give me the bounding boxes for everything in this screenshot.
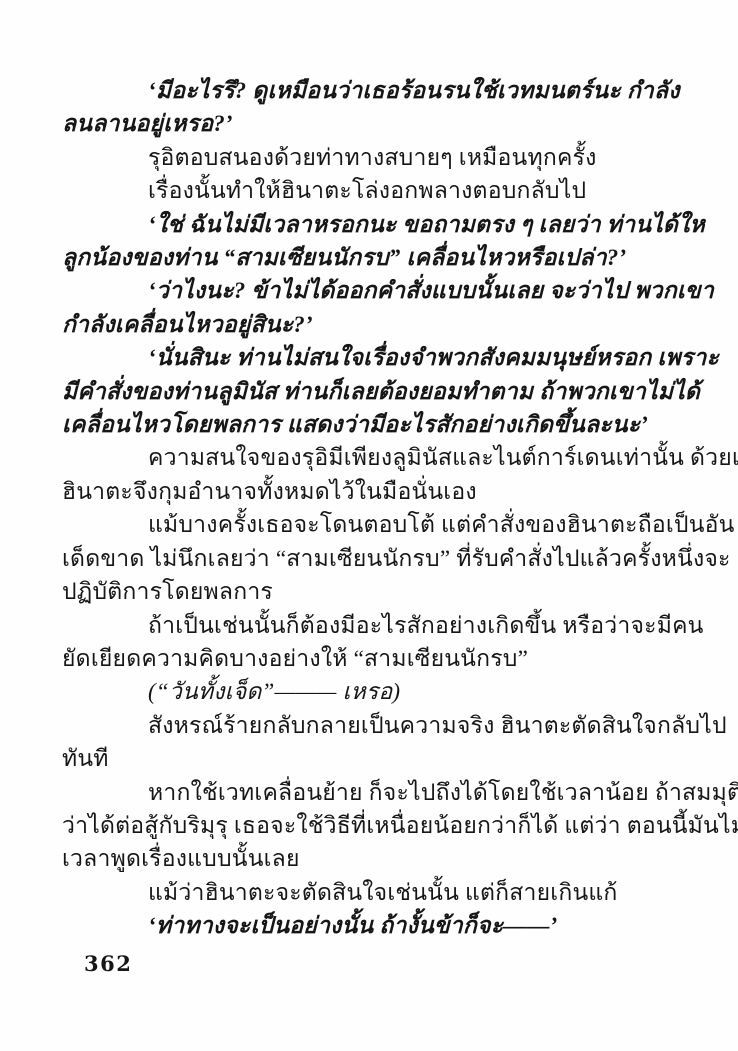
book-page: ‘มีอะไรรึ? ดูเหมือนว่าเธอร้อนรนใช้เวทมนต… bbox=[0, 0, 738, 1051]
text-line: ว่าได้ต่อสู้กับริมุรุ เธอจะใช้วิธีที่เหน… bbox=[62, 809, 678, 842]
text-line: ฮินาตะจึงกุมอำนาจทั้งหมดไว้ในมือนั่นเอง bbox=[62, 475, 678, 508]
text-line: กำลังเคลื่อนไหวอยู่สินะ?’ bbox=[62, 308, 678, 341]
text-line: ‘ใช่ ฉันไม่มีเวลาหรอกนะ ขอถามตรง ๆ เลยว่… bbox=[62, 208, 678, 241]
text-line: รุอิตอบสนองด้วยท่าทางสบายๆ เหมือนทุกครั้… bbox=[62, 141, 678, 174]
text-line: ปฏิบัติการโดยพลการ bbox=[62, 575, 678, 608]
text-line: เรื่องนั้นทำให้ฮินาตะโล่งอกพลางตอบกลับไป bbox=[62, 174, 678, 207]
text-line: ลนลานอยู่เหรอ?’ bbox=[62, 107, 678, 140]
text-line: ‘มีอะไรรึ? ดูเหมือนว่าเธอร้อนรนใช้เวทมนต… bbox=[62, 74, 678, 107]
text-line: ทันที bbox=[62, 742, 678, 775]
text-line: หากใช้เวทเคลื่อนย้าย ก็จะไปถึงได้โดยใช้เ… bbox=[62, 776, 678, 809]
text-line: ยัดเยียดความคิดบางอย่างให้ “สามเซียนนักร… bbox=[62, 642, 678, 675]
text-line: ‘นั่นสินะ ท่านไม่สนใจเรื่องจำพวกสังคมมนุ… bbox=[62, 341, 678, 374]
text-line: มีคำสั่งของท่านลูมินัส ท่านก็เลยต้องยอมท… bbox=[62, 375, 678, 408]
text-line: สังหรณ์ร้ายกลับกลายเป็นความจริง ฮินาตะตั… bbox=[62, 709, 678, 742]
text-line: ถ้าเป็นเช่นนั้นก็ต้องมีอะไรสักอย่างเกิดข… bbox=[62, 609, 678, 642]
text-line: (“วันทั้งเจ็ด”——— เหรอ) bbox=[62, 675, 678, 708]
page-text: ‘มีอะไรรึ? ดูเหมือนว่าเธอร้อนรนใช้เวทมนต… bbox=[62, 74, 678, 943]
text-line: แม้ว่าฮินาตะจะตัดสินใจเช่นนั้น แต่ก็สายเ… bbox=[62, 876, 678, 909]
text-line: เด็ดขาด ไม่นึกเลยว่า “สามเซียนนักรบ” ที่… bbox=[62, 542, 678, 575]
text-line: ‘ท่าทางจะเป็นอย่างนั้น ถ้างั้นข้าก็จะ——’ bbox=[62, 909, 678, 942]
text-line: เวลาพูดเรื่องแบบนั้นเลย bbox=[62, 842, 678, 875]
text-line: ความสนใจของรุอิมีเพียงลูมินัสและไนต์การ์… bbox=[62, 441, 678, 474]
text-line: ‘ว่าไงนะ? ข้าไม่ได้ออกคำสั่งแบบนั้นเลย จ… bbox=[62, 274, 678, 307]
page-number: 362 bbox=[84, 951, 132, 976]
text-line: ลูกน้องของท่าน “สามเซียนนักรบ” เคลื่อนไห… bbox=[62, 241, 678, 274]
text-line: เคลื่อนไหวโดยพลการ แสดงว่ามีอะไรสักอย่าง… bbox=[62, 408, 678, 441]
text-line: แม้บางครั้งเธอจะโดนตอบโต้ แต่คำสั่งของฮิ… bbox=[62, 508, 678, 541]
